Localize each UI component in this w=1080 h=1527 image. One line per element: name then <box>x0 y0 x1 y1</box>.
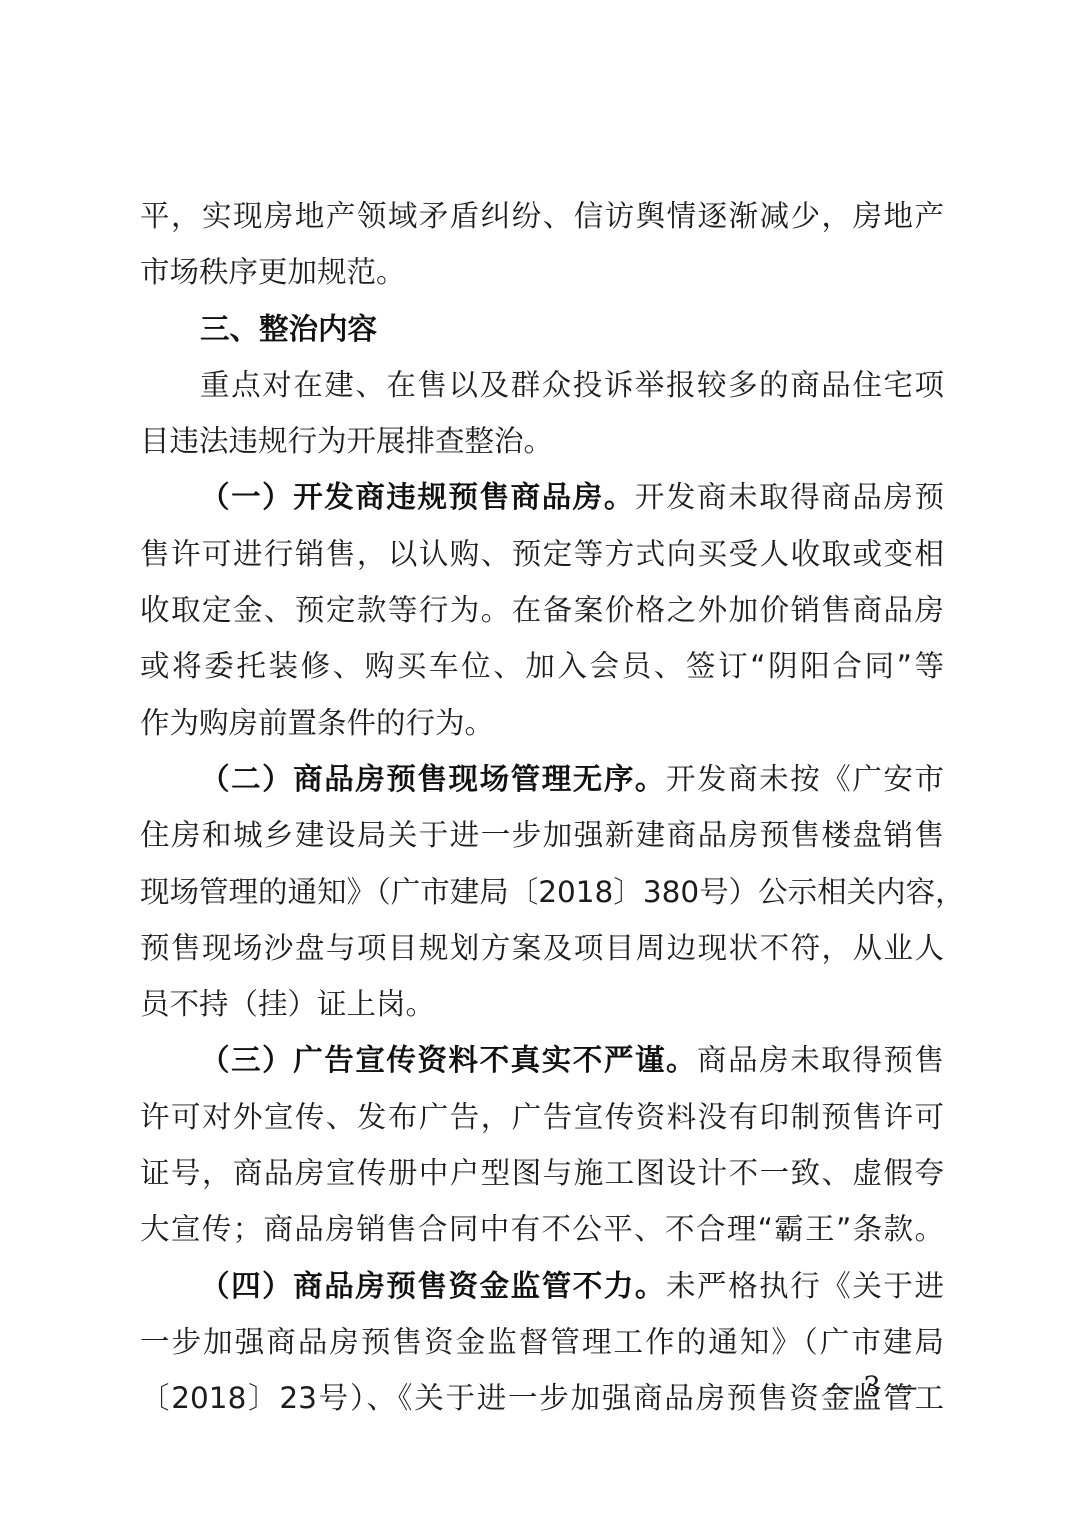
paragraph-line: 〔2018〕23号）、《关于进一步加强商品房预售资金监管工 <box>140 1370 944 1426</box>
section-heading: 三、整治内容 <box>140 301 944 357</box>
paragraph-line: 售许可进行销售，以认购、预定等方式向买受人收取或变相 <box>140 526 944 582</box>
item-4-title: （四）商品房预售资金监管不力。 <box>200 1269 666 1303</box>
paragraph-line: 平，实现房地产领域矛盾纠纷、信访舆情逐渐减少，房地产 <box>140 188 944 244</box>
paragraph-line: 住房和城乡建设局关于进一步加强新建商品房预售楼盘销售 <box>140 807 944 863</box>
paragraph-line: 收取定金、预定款等行为。在备案价格之外加价销售商品房 <box>140 582 944 638</box>
paragraph-line: 市场秩序更加规范。 <box>140 244 944 300</box>
paragraph-line: 作为购房前置条件的行为。 <box>140 695 944 751</box>
item-2-first-line: （二）商品房预售现场管理无序。开发商未按《广安市 <box>140 751 944 807</box>
item-3-first-line: （三）广告宣传资料不真实不严谨。商品房未取得预售 <box>140 1032 944 1088</box>
paragraph-line: 目违法违规行为开展排查整治。 <box>140 413 944 469</box>
item-1-first-line: （一）开发商违规预售商品房。开发商未取得商品房预 <box>140 469 944 525</box>
item-2-title: （二）商品房预售现场管理无序。 <box>200 762 666 796</box>
item-3-text: 商品房未取得预售 <box>697 1043 944 1077</box>
paragraph-line: 大宣传；商品房销售合同中有不公平、不合理“霸王”条款。 <box>140 1201 944 1257</box>
paragraph-line: 或将委托装修、购买车位、加入会员、签订“阴阳合同”等 <box>140 638 944 694</box>
item-4-first-line: （四）商品房预售资金监管不力。未严格执行《关于进 <box>140 1258 944 1314</box>
item-2-text: 开发商未按《广安市 <box>666 762 944 796</box>
document-body: 平，实现房地产领域矛盾纠纷、信访舆情逐渐减少，房地产 市场秩序更加规范。 三、整… <box>140 188 944 1427</box>
item-1-title: （一）开发商违规预售商品房。 <box>200 480 635 514</box>
item-3-title: （三）广告宣传资料不真实不严谨。 <box>200 1043 697 1077</box>
page-number: — 3 — <box>826 1370 918 1403</box>
document-page: 平，实现房地产领域矛盾纠纷、信访舆情逐渐减少，房地产 市场秩序更加规范。 三、整… <box>0 0 1080 1527</box>
paragraph-line: 证号，商品房宣传册中户型图与施工图设计不一致、虚假夸 <box>140 1145 944 1201</box>
paragraph-line: 员不持（挂）证上岗。 <box>140 976 944 1032</box>
paragraph-line: 重点对在建、在售以及群众投诉举报较多的商品住宅项 <box>140 357 944 413</box>
paragraph-line: 一步加强商品房预售资金监督管理工作的通知》（广市建局 <box>140 1314 944 1370</box>
paragraph-line: 许可对外宣传、发布广告，广告宣传资料没有印制预售许可 <box>140 1089 944 1145</box>
paragraph-line: 预售现场沙盘与项目规划方案及项目周边现状不符，从业人 <box>140 920 944 976</box>
item-1-text: 开发商未取得商品房预 <box>635 480 944 514</box>
paragraph-line: 现场管理的通知》（广市建局〔2018〕380号）公示相关内容， <box>140 864 944 920</box>
item-4-text: 未严格执行《关于进 <box>666 1269 944 1303</box>
